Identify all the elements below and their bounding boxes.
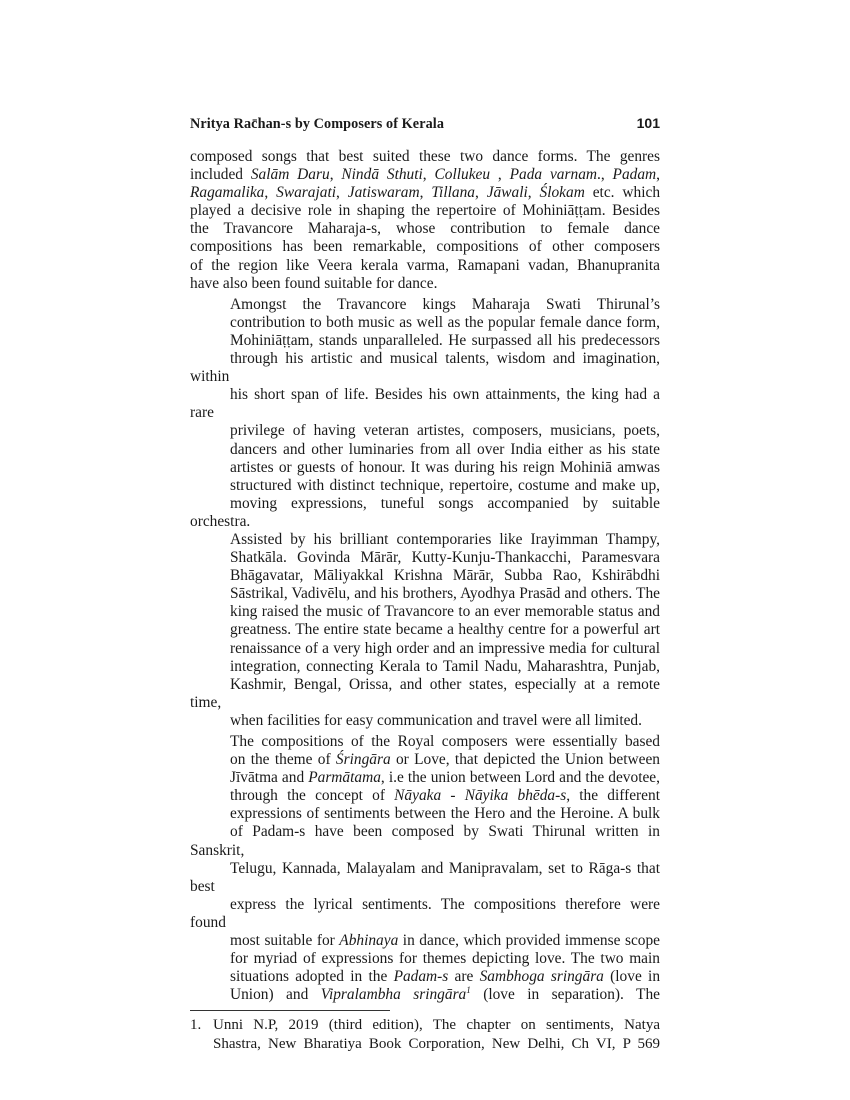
text-line: Union) and Vipralambha sringāra1 (love i… [190, 986, 660, 1004]
text-line: Ragamalika, Swarajati, Jatiswaram, Tilla… [190, 184, 660, 202]
paragraph: Amongst the Travancore kings Maharaja Sw… [190, 296, 660, 730]
text-run: etc. which [585, 184, 660, 201]
footnote-line: Unni N.P, 2019 (third edition), The chap… [213, 1016, 660, 1034]
text-run: Jīvātma and [230, 769, 308, 786]
italic-term: Abhinaya [339, 932, 398, 949]
italic-term: Salām Daru [251, 166, 330, 183]
italic-term: Ragamalika [190, 184, 264, 201]
text-run: Telugu, Kannada, Malayalam and Maniprava… [190, 860, 660, 895]
text-run: included [190, 166, 251, 183]
text-line: the Travancore Maharaja-s, whose contrib… [190, 220, 660, 238]
italic-term: Collukeu [435, 166, 491, 183]
text-line: integration, connecting Kerala to Tamil … [190, 658, 660, 676]
text-run: , [528, 184, 540, 201]
text-line: of the region like Veera kerala varma, R… [190, 257, 660, 275]
footnotes: 1.Unni N.P, 2019 (third edition), The ch… [190, 1016, 660, 1052]
text-line: Jīvātma and Parmātama, i.e the union bet… [190, 769, 660, 787]
text-run: of Padam-s have been composed by Swati T… [190, 823, 660, 858]
text-line: privilege of having veteran artistes, co… [190, 422, 660, 440]
text-run: through the concept of [230, 787, 394, 804]
body-text: composed songs that best suited these tw… [190, 148, 660, 1004]
text-run: , [490, 166, 510, 183]
text-run: of the region like Veera kerala varma, R… [190, 257, 660, 274]
text-line: king raised the music of Travancore to a… [190, 603, 660, 621]
text-run: , [264, 184, 276, 201]
footnote-number: 1. [190, 1016, 213, 1052]
text-line: contribution to both music as well as th… [190, 314, 660, 332]
text-line: have also been found suitable for dance. [190, 275, 660, 293]
text-run: , i.e the union between Lord and the dev… [381, 769, 660, 786]
text-line: on the theme of Śringāra or Love, that d… [190, 751, 660, 769]
text-line: Mohiniāṭṭam, stands unparalleled. He sur… [190, 332, 660, 350]
italic-term: Pada varnam [510, 166, 597, 183]
text-line: expressions of sentiments between the He… [190, 805, 660, 823]
text-run: , [656, 166, 660, 183]
text-run: integration, connecting Kerala to Tamil … [230, 658, 660, 675]
text-run: or Love, that depicted the Union between [391, 751, 660, 768]
text-run: ., [597, 166, 613, 183]
text-line: played a decisive role in shaping the re… [190, 202, 660, 220]
text-run: express the lyrical sentiments. The comp… [190, 896, 660, 931]
text-run: expressions of sentiments between the He… [230, 805, 660, 822]
text-run: (love in separation). The [471, 986, 660, 1003]
text-run: structured with distinct technique, repe… [230, 477, 660, 494]
text-run: most suitable for [230, 932, 339, 949]
text-run: , [420, 184, 432, 201]
text-run: compositions has been remarkable, compos… [190, 238, 660, 255]
italic-term: Padam-s [394, 968, 449, 985]
text-line: express the lyrical sentiments. The comp… [190, 896, 660, 932]
text-run: Sāstrikal, Vadivēlu, and his brothers, A… [230, 585, 660, 602]
text-run: on the theme of [230, 751, 336, 768]
text-run: through his artistic and musical talents… [190, 350, 660, 385]
paragraph: The compositions of the Royal composers … [190, 733, 660, 1004]
text-run: (love in [604, 968, 660, 985]
text-line: Sāstrikal, Vadivēlu, and his brothers, A… [190, 585, 660, 603]
text-run: , the different [566, 787, 660, 804]
text-line: his short span of life. Besides his own … [190, 386, 660, 422]
text-run: composed songs that best suited these tw… [190, 148, 660, 165]
text-run: Shatkāla. Govinda Mārār, Kutty-Kunju-Tha… [230, 549, 660, 566]
text-run: , [475, 184, 487, 201]
text-run: situations adopted in the [230, 968, 394, 985]
italic-term: Sambhoga sringāra [480, 968, 604, 985]
text-line: structured with distinct technique, repe… [190, 477, 660, 495]
text-line: Assisted by his brilliant contemporaries… [190, 531, 660, 549]
text-line: for myriad of expressions for themes dep… [190, 950, 660, 968]
italic-term: Swarajati [276, 184, 336, 201]
page-number: 101 [637, 115, 660, 131]
italic-term: Nindā Sthuti [341, 166, 422, 183]
running-head: Nritya Rac̄han-s by Composers of Kerala … [190, 115, 660, 135]
text-line: artistes or guests of honour. It was dur… [190, 459, 660, 477]
text-line: when facilities for easy communication a… [190, 712, 660, 730]
chapter-title: Nritya Rac̄han-s by Composers of Kerala [190, 116, 444, 133]
text-run: played a decisive role in shaping the re… [190, 202, 660, 219]
italic-term: Parmātama [308, 769, 381, 786]
text-line: The compositions of the Royal composers … [190, 733, 660, 751]
text-run: privilege of having veteran artistes, co… [230, 422, 660, 439]
text-run: dancers and other luminaries from all ov… [230, 441, 660, 458]
text-line: situations adopted in the Padam-s are Sa… [190, 968, 660, 986]
text-line: Kashmir, Bengal, Orissa, and other state… [190, 676, 660, 712]
italic-term: Vipralambha sringāra [321, 986, 467, 1003]
footnote-line: Shastra, New Bharatiya Book Corporation,… [213, 1035, 660, 1053]
text-run: Assisted by his brilliant contemporaries… [230, 531, 660, 548]
text-line: through his artistic and musical talents… [190, 350, 660, 386]
footnote-text: Unni N.P, 2019 (third edition), The chap… [213, 1016, 660, 1052]
text-run: Mohiniāṭṭam, stands unparalleled. He sur… [230, 332, 660, 349]
text-line: Shatkāla. Govinda Mārār, Kutty-Kunju-Tha… [190, 549, 660, 567]
paragraph: composed songs that best suited these tw… [190, 148, 660, 293]
italic-term: Nāyaka - Nāyika bhēda-s [394, 787, 566, 804]
text-line: moving expressions, tuneful songs accomp… [190, 495, 660, 531]
text-run: for myriad of expressions for themes dep… [230, 950, 660, 967]
text-line: most suitable for Abhinaya in dance, whi… [190, 932, 660, 950]
text-run: moving expressions, tuneful songs accomp… [190, 495, 660, 530]
book-page: Nritya Rac̄han-s by Composers of Kerala … [190, 115, 660, 1053]
text-run: renaissance of a very high order and an … [230, 640, 660, 657]
text-line: through the concept of Nāyaka - Nāyika b… [190, 787, 660, 805]
italic-term: Padam [613, 166, 657, 183]
text-run: the Travancore Maharaja-s, whose contrib… [190, 220, 660, 237]
text-run: in dance, which provided immense scope [398, 932, 660, 949]
italic-term: Jatiswaram [348, 184, 420, 201]
text-run: greatness. The entire state became a hea… [230, 621, 660, 638]
text-run: Union) and [230, 986, 321, 1003]
text-line: renaissance of a very high order and an … [190, 640, 660, 658]
text-line: included Salām Daru, Nindā Sthuti, Collu… [190, 166, 660, 184]
text-run: king raised the music of Travancore to a… [230, 603, 660, 620]
text-run: , [423, 166, 435, 183]
text-line: of Padam-s have been composed by Swati T… [190, 823, 660, 859]
text-run: , [336, 184, 348, 201]
italic-term: Jāwali [487, 184, 528, 201]
text-line: greatness. The entire state became a hea… [190, 621, 660, 639]
text-run: Amongst the Travancore kings Maharaja Sw… [230, 296, 660, 313]
text-run: his short span of life. Besides his own … [190, 386, 660, 421]
footnote: 1.Unni N.P, 2019 (third edition), The ch… [190, 1016, 660, 1052]
text-line: compositions has been remarkable, compos… [190, 238, 660, 256]
text-run: Kashmir, Bengal, Orissa, and other state… [190, 676, 660, 711]
text-run: contribution to both music as well as th… [230, 314, 660, 331]
italic-term: Śringāra [336, 751, 391, 768]
text-run: when facilities for easy communication a… [230, 712, 642, 729]
text-line: composed songs that best suited these tw… [190, 148, 660, 166]
text-run: are [448, 968, 479, 985]
footnote-divider [190, 1010, 390, 1011]
text-line: dancers and other luminaries from all ov… [190, 441, 660, 459]
text-run: The compositions of the Royal composers … [230, 733, 660, 750]
text-run: have also been found suitable for dance. [190, 275, 437, 292]
italic-term: Tillana [431, 184, 475, 201]
text-run: artistes or guests of honour. It was dur… [230, 459, 660, 476]
italic-term: Ślokam [540, 184, 585, 201]
text-line: Amongst the Travancore kings Maharaja Sw… [190, 296, 660, 314]
text-run: Bhāgavatar, Māliyakkal Krishna Mārār, Su… [230, 567, 660, 584]
text-line: Telugu, Kannada, Malayalam and Maniprava… [190, 860, 660, 896]
text-run: , [330, 166, 342, 183]
text-line: Bhāgavatar, Māliyakkal Krishna Mārār, Su… [190, 567, 660, 585]
